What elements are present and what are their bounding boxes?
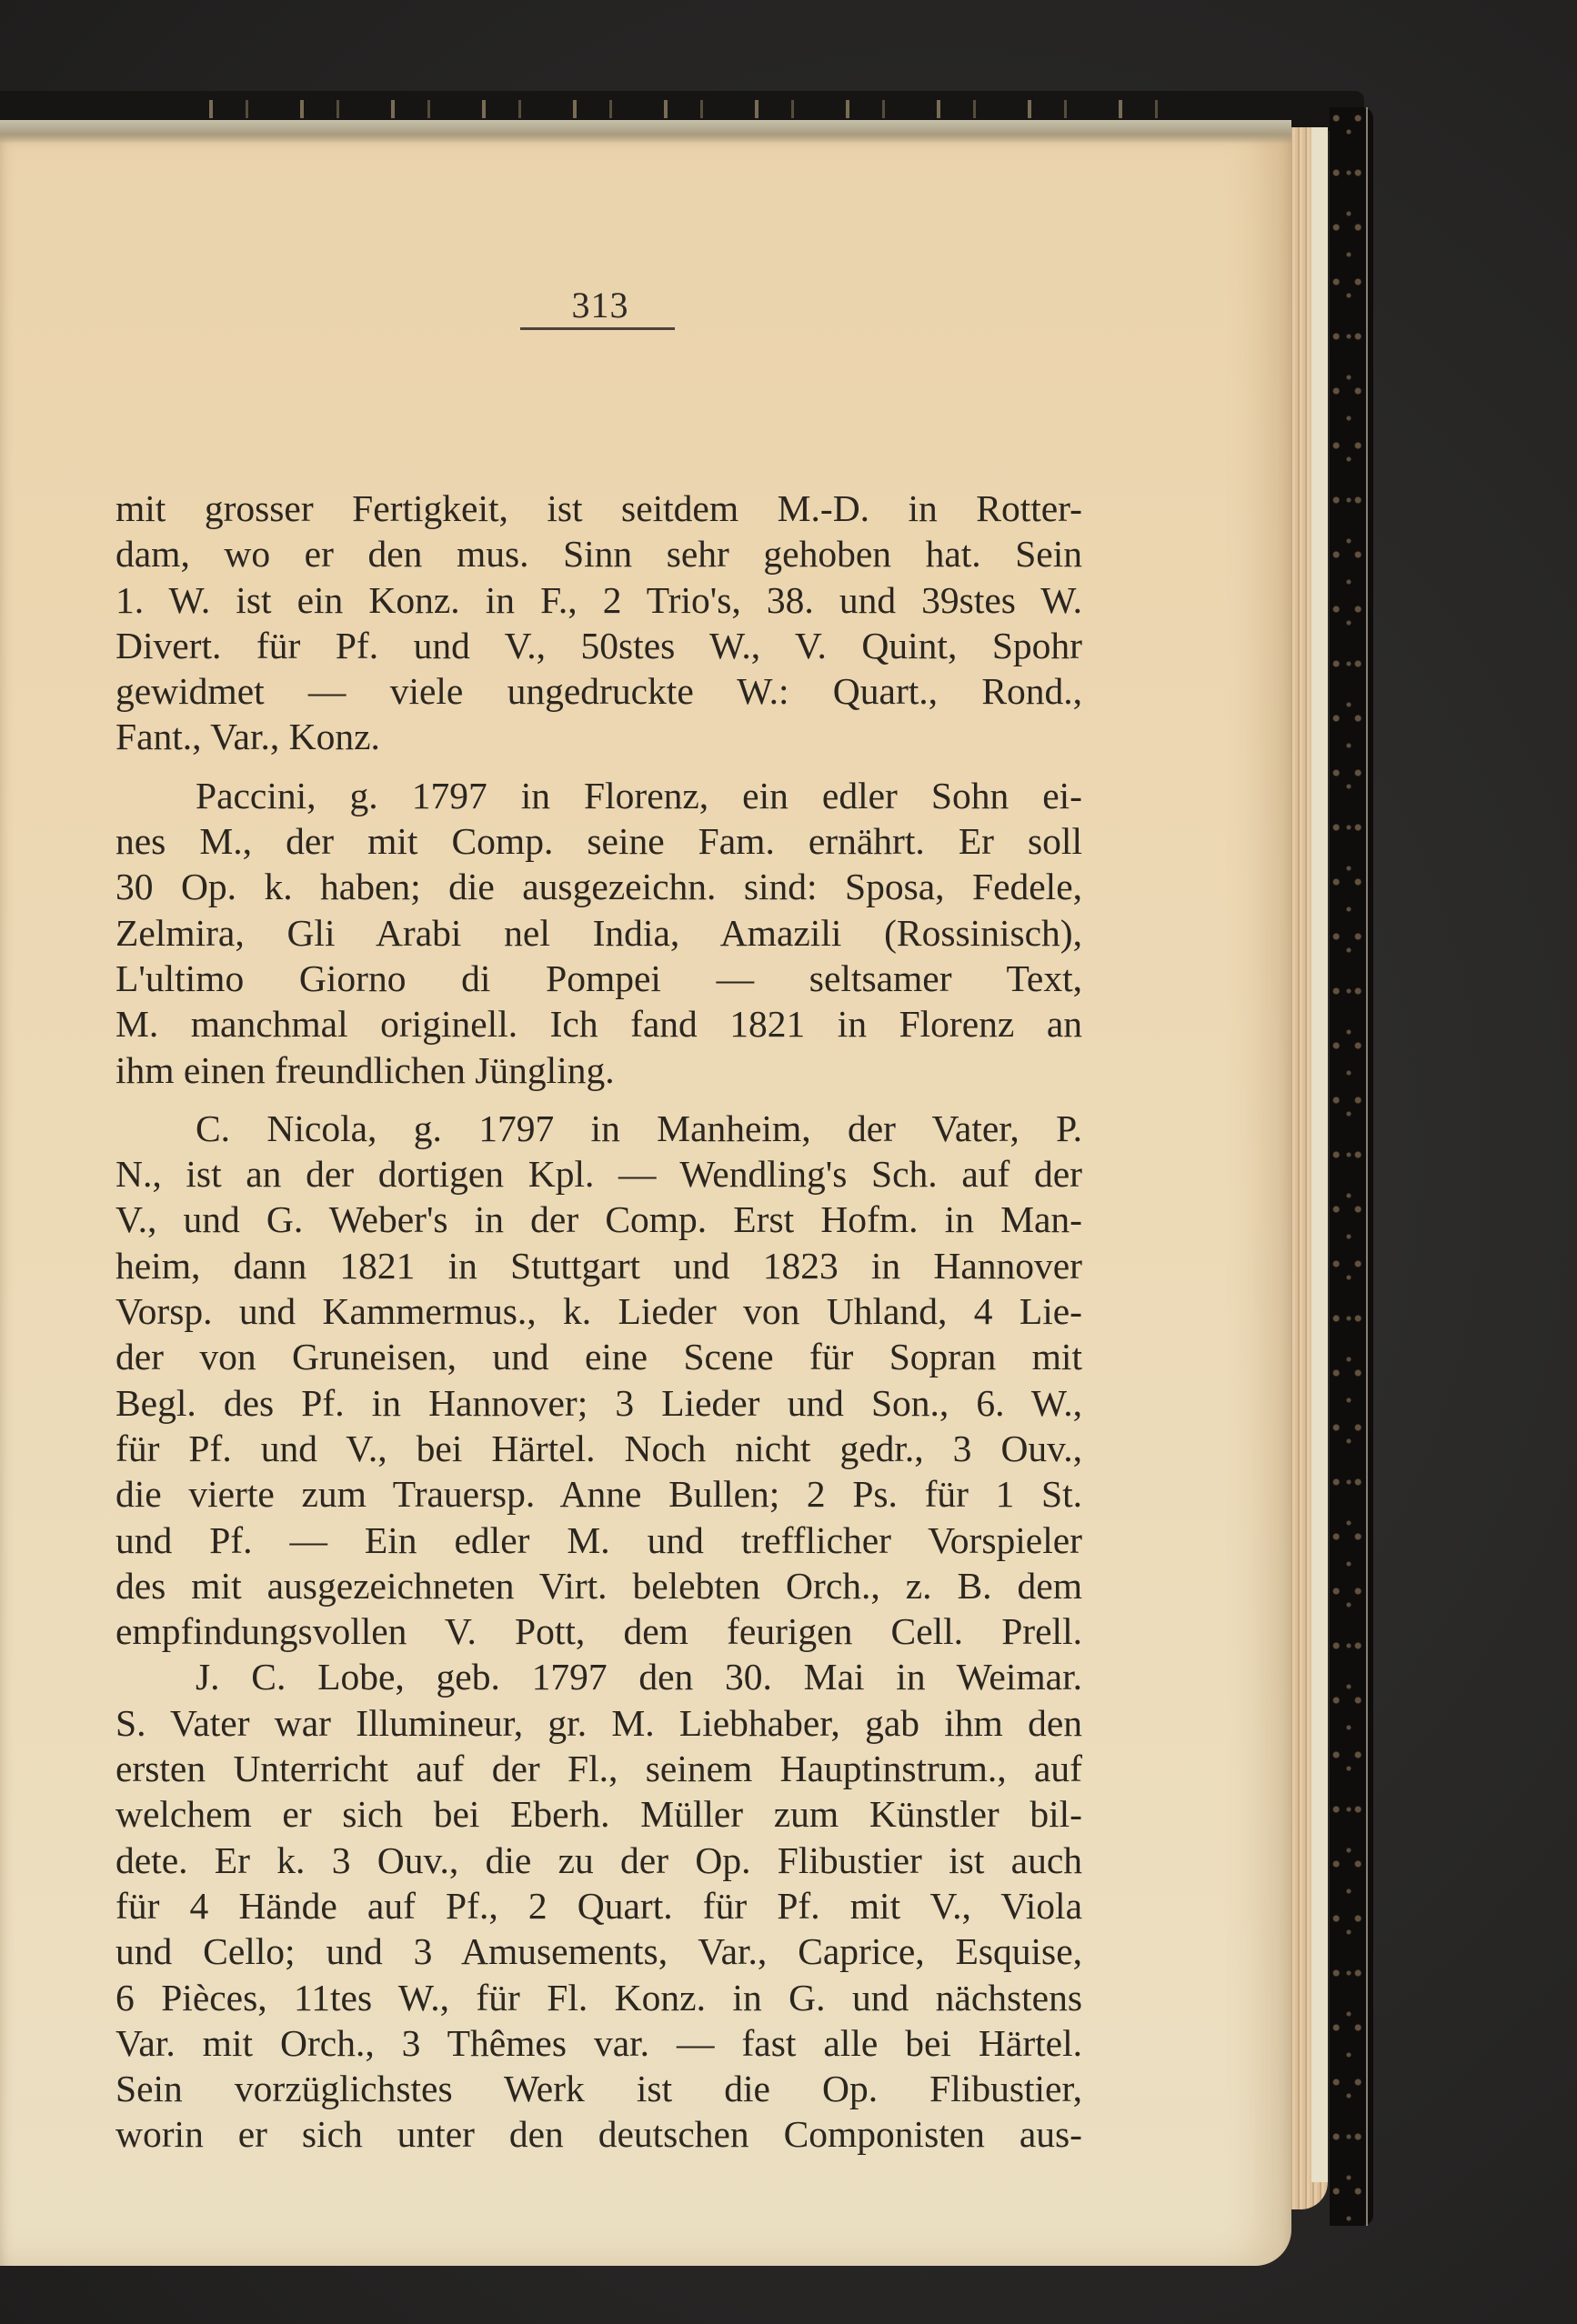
text-line: und Cello; und 3 Amusements, Var., Capri…	[116, 1928, 1082, 1974]
paragraph-lobe: J. C. Lobe, geb. 1797 den 30. Mai in Wei…	[116, 1654, 1082, 2157]
text-line: Var. mit Orch., 3 Thêmes var. — fast all…	[116, 2020, 1082, 2066]
text-line: 30 Op. k. haben; die ausgezeichn. sind: …	[116, 864, 1082, 909]
text-line: L'ultimo Giorno di Pompei — seltsamer Te…	[116, 956, 1082, 1001]
text-line: dete. Er k. 3 Ouv., die zu der Op. Flibu…	[116, 1838, 1082, 1883]
text-line: die vierte zum Trauersp. Anne Bullen; 2 …	[116, 1471, 1082, 1517]
text-line: Vorsp. und Kammermus., k. Lieder von Uhl…	[116, 1288, 1082, 1334]
flyleaf-edge	[1311, 127, 1328, 2182]
paragraph-gap	[116, 1093, 1082, 1106]
text-line: Divert. für Pf. und V., 50stes W., V. Qu…	[116, 623, 1082, 668]
text-line: Begl. des Pf. in Hannover; 3 Lieder und …	[116, 1380, 1082, 1426]
text-line: 1. W. ist ein Konz. in F., 2 Trio's, 38.…	[116, 577, 1082, 623]
text-line: und Pf. — Ein edler M. und trefflicher V…	[116, 1518, 1082, 1563]
paragraph-nicola: C. Nicola, g. 1797 in Manheim, der Vater…	[116, 1106, 1082, 1655]
text-line: Paccini, g. 1797 in Florenz, ein edler S…	[116, 773, 1082, 818]
text-line: 6 Pièces, 11tes W., für Fl. Konz. in G. …	[116, 1975, 1082, 2020]
paragraph-paccini: Paccini, g. 1797 in Florenz, ein edler S…	[116, 773, 1082, 1093]
text-line: gewidmet — viele ungedruckte W.: Quart.,…	[116, 668, 1082, 714]
text-line: V., und G. Weber's in der Comp. Erst Hof…	[116, 1197, 1082, 1242]
gilt-decoration	[182, 100, 1182, 118]
text-line: N., ist an der dortigen Kpl. — Wendling'…	[116, 1151, 1082, 1197]
text-line: für 4 Hände auf Pf., 2 Quart. für Pf. mi…	[116, 1883, 1082, 1928]
text-line: für Pf. und V., bei Härtel. Noch nicht g…	[116, 1426, 1082, 1471]
text-line: der von Gruneisen, und eine Scene für So…	[116, 1334, 1082, 1379]
text-line: Fant., Var., Konz.	[116, 714, 1082, 759]
text-line: des mit ausgezeichneten Virt. belebten O…	[116, 1563, 1082, 1608]
paragraph: mit grosser Fertigkeit, ist seitdem M.-D…	[116, 486, 1082, 760]
binding-highlight	[1366, 107, 1368, 2226]
text-line: mit grosser Fertigkeit, ist seitdem M.-D…	[116, 486, 1082, 531]
marbled-binding-edge	[1330, 107, 1373, 2226]
body-text: mit grosser Fertigkeit, ist seitdem M.-D…	[116, 486, 1082, 2158]
text-line: ihm einen freundlichen Jüngling.	[116, 1047, 1082, 1093]
text-line: dam, wo er den mus. Sinn sehr gehoben ha…	[116, 531, 1082, 576]
text-line: empfindungsvollen V. Pott, dem feurigen …	[116, 1608, 1082, 1654]
text-line: Zelmira, Gli Arabi nel India, Amazili (R…	[116, 910, 1082, 956]
text-line: C. Nicola, g. 1797 in Manheim, der Vater…	[116, 1106, 1082, 1151]
text-line: ersten Unterricht auf der Fl., seinem Ha…	[116, 1746, 1082, 1791]
book-page: 313 mit grosser Fertigkeit, ist seitdem …	[0, 120, 1291, 2266]
text-line: nes M., der mit Comp. seine Fam. ernährt…	[116, 818, 1082, 864]
text-line: heim, dann 1821 in Stuttgart und 1823 in…	[116, 1243, 1082, 1288]
page-number-rule	[520, 327, 675, 330]
text-line: welchem er sich bei Eberh. Müller zum Kü…	[116, 1791, 1082, 1837]
text-line: S. Vater war Illumineur, gr. M. Liebhabe…	[116, 1700, 1082, 1746]
page-number: 313	[527, 284, 673, 326]
text-line: M. manchmal originell. Ich fand 1821 in …	[116, 1001, 1082, 1047]
text-line: worin er sich unter den deutschen Compon…	[116, 2111, 1082, 2157]
text-line: Sein vorzüglichstes Werk ist die Op. Fli…	[116, 2066, 1082, 2111]
text-line: J. C. Lobe, geb. 1797 den 30. Mai in Wei…	[116, 1654, 1082, 1699]
paragraph-gap	[116, 760, 1082, 773]
